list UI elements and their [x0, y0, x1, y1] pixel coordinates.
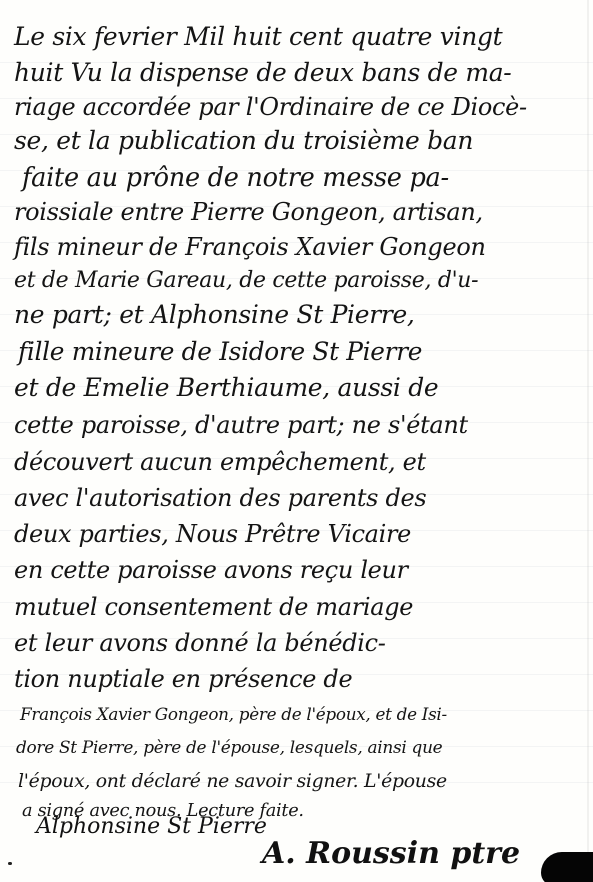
text-line: en cette paroisse avons reçu leur	[14, 555, 583, 585]
priest-signature: A. Roussin ptre	[262, 836, 520, 871]
text-line: avec l'autorisation des parents des	[14, 483, 583, 513]
text-line: huit Vu la dispense de deux bans de ma-	[14, 58, 583, 88]
text-line: mutuel consentement de mariage	[14, 592, 583, 622]
ink-blot	[541, 852, 593, 882]
text-line: roissiale entre Pierre Gongeon, artisan,	[14, 197, 583, 227]
text-line: cette paroisse, d'autre part; ne s'étant	[14, 410, 583, 440]
text-line: dore St Pierre, père de l'épouse, lesque…	[16, 733, 583, 763]
text-line: faite au prône de notre messe pa-	[22, 163, 583, 193]
text-line: fils mineur de François Xavier Gongeon	[14, 232, 583, 262]
page-edge	[587, 0, 589, 882]
text-line: ne part; et Alphonsine St Pierre,	[14, 300, 583, 330]
text-line: et leur avons donné la bénédic-	[14, 628, 583, 658]
text-line: découvert aucun empêchement, et	[14, 447, 583, 477]
text-line: et de Marie Gareau, de cette paroisse, d…	[14, 266, 583, 296]
text-line: l'époux, ont déclaré ne savoir signer. L…	[18, 766, 583, 796]
text-line: deux parties, Nous Prêtre Vicaire	[14, 519, 583, 549]
text-line: et de Emelie Berthiaume, aussi de	[14, 373, 583, 403]
text-line: tion nuptiale en présence de	[14, 664, 583, 694]
text-line: riage accordée par l'Ordinaire de ce Dio…	[14, 92, 583, 122]
text-line: François Xavier Gongeon, père de l'époux…	[20, 700, 583, 730]
bride-signature: Alphonsine St Pierre	[36, 814, 267, 839]
text-line: Le six fevrier Mil huit cent quatre ving…	[14, 22, 583, 52]
text-line: fille mineure de Isidore St Pierre	[18, 337, 583, 367]
document-page: Le six fevrier Mil huit cent quatre ving…	[0, 0, 593, 882]
text-line: se, et la publication du troisième ban	[14, 126, 583, 156]
margin-mark	[8, 862, 12, 865]
